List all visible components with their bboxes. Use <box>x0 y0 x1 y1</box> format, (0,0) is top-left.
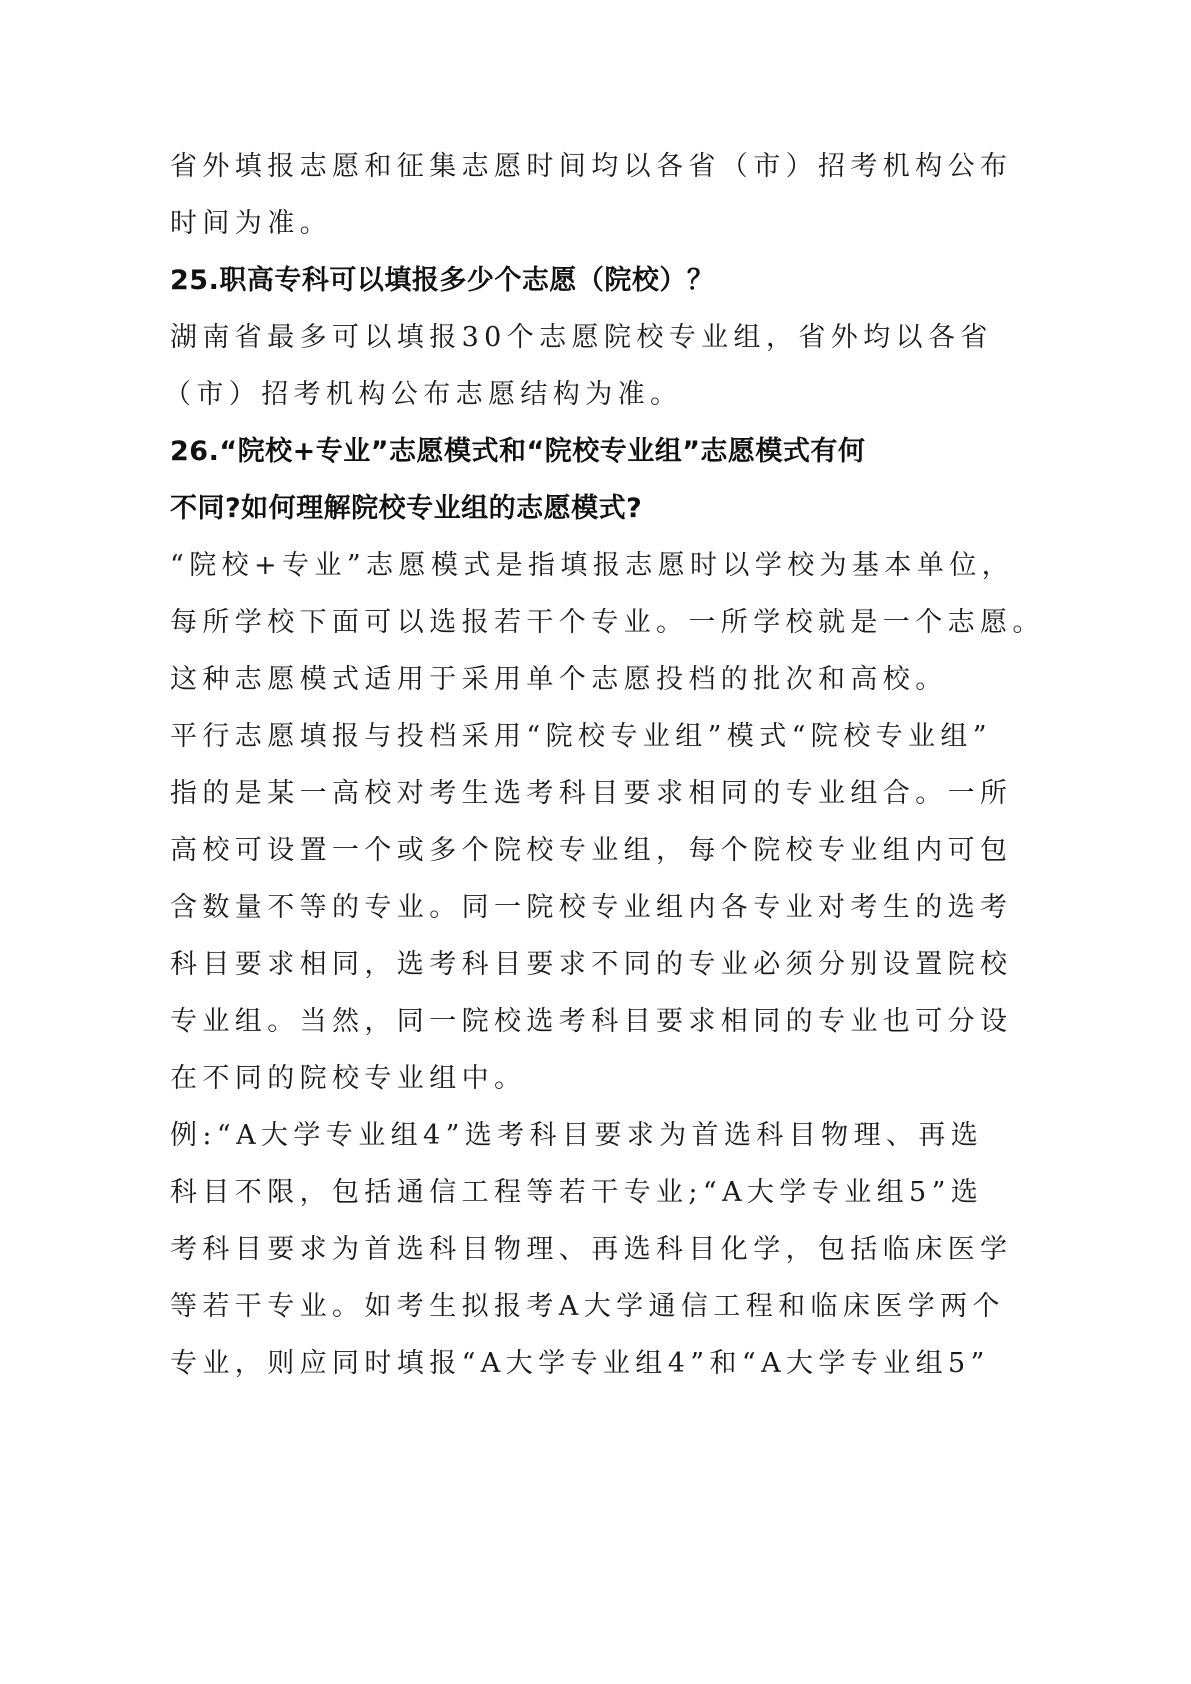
paragraph-line: 平行志愿填报与投档采用“院校专业组”模式“院校专业组” <box>170 708 1030 765</box>
paragraph-line: 科目不限，包括通信工程等若干专业;“A大学专业组5”选 <box>170 1164 1030 1221</box>
paragraph-line: 时间为准。 <box>170 195 1030 252</box>
question-heading-25: 25.职高专科可以填报多少个志愿（院校）？ <box>170 252 1030 309</box>
paragraph-line: 等若干专业。如考生拟报考A大学通信工程和临床医学两个 <box>170 1278 1030 1335</box>
paragraph-line: 湖南省最多可以填报30个志愿院校专业组，省外均以各省 <box>170 309 1030 366</box>
paragraph-line: 在不同的院校专业组中。 <box>170 1050 1030 1107</box>
paragraph-line: 例:“A大学专业组4”选考科目要求为首选科目物理、再选 <box>170 1107 1030 1164</box>
paragraph-line: 省外填报志愿和征集志愿时间均以各省（市）招考机构公布 <box>170 138 1030 195</box>
paragraph-line: 专业，则应同时填报“A大学专业组4”和“A大学专业组5” <box>170 1335 1030 1392</box>
question-heading-26-cont: 不同?如何理解院校专业组的志愿模式? <box>170 480 1030 537</box>
paragraph-line: 这种志愿模式适用于采用单个志愿投档的批次和高校。 <box>170 651 1030 708</box>
paragraph-line: 每所学校下面可以选报若干个专业。一所学校就是一个志愿。 <box>170 594 1030 651</box>
paragraph-line: 含数量不等的专业。同一院校专业组内各专业对考生的选考 <box>170 879 1030 936</box>
paragraph-line: 高校可设置一个或多个院校专业组，每个院校专业组内可包 <box>170 822 1030 879</box>
paragraph-line: 指的是某一高校对考生选考科目要求相同的专业组合。一所 <box>170 765 1030 822</box>
paragraph-line: 专业组。当然，同一院校选考科目要求相同的专业也可分设 <box>170 993 1030 1050</box>
paragraph-line: （市）招考机构公布志愿结构为准。 <box>164 366 1030 423</box>
paragraph-line: 科目要求相同，选考科目要求不同的专业必须分别设置院校 <box>170 936 1030 993</box>
document-page: 省外填报志愿和征集志愿时间均以各省（市）招考机构公布 时间为准。 25.职高专科… <box>170 138 1030 1392</box>
question-heading-26: 26.“院校+专业”志愿模式和“院校专业组”志愿模式有何 <box>170 423 1030 480</box>
paragraph-line: “院校+专业”志愿模式是指填报志愿时以学校为基本单位， <box>170 537 1030 594</box>
paragraph-line: 考科目要求为首选科目物理、再选科目化学，包括临床医学 <box>170 1221 1030 1278</box>
